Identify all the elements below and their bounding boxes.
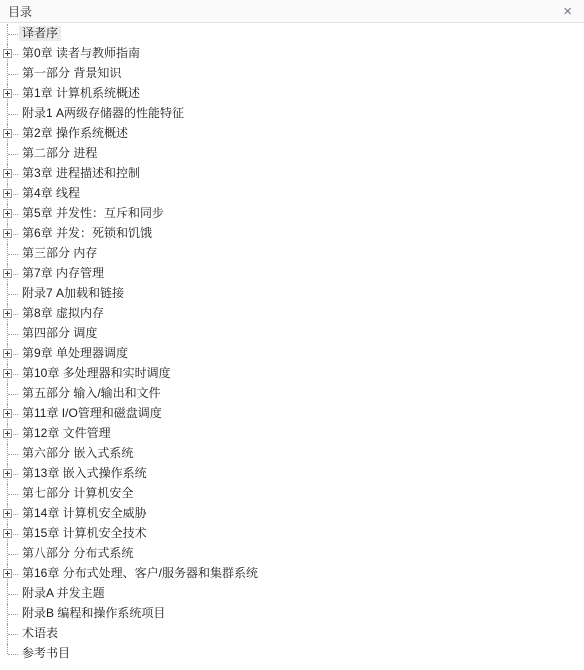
toc-item[interactable]: 第15章 计算机安全技术 xyxy=(0,524,584,544)
expand-plus-icon[interactable] xyxy=(3,169,12,178)
toc-item[interactable]: 术语表 xyxy=(0,624,584,644)
tree-connector-stub xyxy=(8,494,18,495)
toc-item-label: 第五部分 输入/输出和文件 xyxy=(19,386,164,401)
toc-item[interactable]: 第14章 计算机安全威胁 xyxy=(0,504,584,524)
toc-item[interactable]: 第三部分 内存 xyxy=(0,244,584,264)
toc-item[interactable]: 第六部分 嵌入式系统 xyxy=(0,444,584,464)
expand-plus-icon[interactable] xyxy=(3,349,12,358)
tree-connector-stub xyxy=(8,294,18,295)
toc-panel: 目录 × 译者序 第0章 读者与教师指南 第一部分 背景知识 第1章 计算机系统… xyxy=(0,0,584,670)
toc-item-label: 附录7 A加载和链接 xyxy=(19,286,127,301)
toc-tree: 译者序 第0章 读者与教师指南 第一部分 背景知识 第1章 计算机系统概述 附录… xyxy=(0,23,584,664)
tree-connector-stub xyxy=(8,114,18,115)
close-icon[interactable]: × xyxy=(563,4,572,19)
tree-connector-stub xyxy=(8,634,18,635)
toc-item-label: 第8章 虚拟内存 xyxy=(19,306,107,321)
toc-item-label: 第9章 单处理器调度 xyxy=(19,346,131,361)
toc-item[interactable]: 第10章 多处理器和实时调度 xyxy=(0,364,584,384)
toc-item[interactable]: 附录1 A两级存储器的性能特征 xyxy=(0,104,584,124)
toc-item[interactable]: 附录B 编程和操作系统项目 xyxy=(0,604,584,624)
toc-item-label: 译者序 xyxy=(19,26,61,41)
toc-item[interactable]: 译者序 xyxy=(0,24,584,44)
tree-connector-stub xyxy=(8,34,18,35)
expand-plus-icon[interactable] xyxy=(3,229,12,238)
expand-plus-icon[interactable] xyxy=(3,189,12,198)
expand-plus-icon[interactable] xyxy=(3,269,12,278)
toc-item-label: 第三部分 内存 xyxy=(19,246,100,261)
toc-item-label: 第一部分 背景知识 xyxy=(19,66,124,81)
toc-item[interactable]: 第5章 并发性：互斥和同步 xyxy=(0,204,584,224)
tree-connector-stub xyxy=(8,334,18,335)
toc-item-label: 第11章 I/O管理和磁盘调度 xyxy=(19,406,165,421)
toc-item-label: 第4章 线程 xyxy=(19,186,83,201)
expand-plus-icon[interactable] xyxy=(3,469,12,478)
toc-item-label: 第2章 操作系统概述 xyxy=(19,126,131,141)
toc-item[interactable]: 附录7 A加载和链接 xyxy=(0,284,584,304)
expand-plus-icon[interactable] xyxy=(3,369,12,378)
toc-item-label: 第12章 文件管理 xyxy=(19,426,114,441)
toc-item[interactable]: 附录A 并发主题 xyxy=(0,584,584,604)
toc-item-label: 第10章 多处理器和实时调度 xyxy=(19,366,174,381)
toc-item-label: 附录1 A两级存储器的性能特征 xyxy=(19,106,187,121)
toc-item-label: 第7章 内存管理 xyxy=(19,266,107,281)
tree-connector-stub xyxy=(8,454,18,455)
expand-plus-icon[interactable] xyxy=(3,569,12,578)
toc-item-label: 第二部分 进程 xyxy=(19,146,100,161)
toc-item[interactable]: 第13章 嵌入式操作系统 xyxy=(0,464,584,484)
toc-item-label: 第6章 并发：死锁和饥饿 xyxy=(19,226,155,241)
toc-item[interactable]: 第8章 虚拟内存 xyxy=(0,304,584,324)
toc-item-label: 第七部分 计算机安全 xyxy=(19,486,136,501)
toc-item[interactable]: 第16章 分布式处理、客户/服务器和集群系统 xyxy=(0,564,584,584)
expand-plus-icon[interactable] xyxy=(3,49,12,58)
toc-item-label: 第3章 进程描述和控制 xyxy=(19,166,143,181)
toc-item-label: 第0章 读者与教师指南 xyxy=(19,46,143,61)
toc-item-label: 附录A 并发主题 xyxy=(19,586,108,601)
toc-item[interactable]: 第0章 读者与教师指南 xyxy=(0,44,584,64)
toc-item[interactable]: 第11章 I/O管理和磁盘调度 xyxy=(0,404,584,424)
tree-connector-stub xyxy=(8,614,18,615)
toc-item[interactable]: 第四部分 调度 xyxy=(0,324,584,344)
expand-plus-icon[interactable] xyxy=(3,129,12,138)
expand-plus-icon[interactable] xyxy=(3,309,12,318)
toc-item[interactable]: 第6章 并发：死锁和饥饿 xyxy=(0,224,584,244)
toc-item-label: 第15章 计算机安全技术 xyxy=(19,526,150,541)
toc-item-label: 参考书目 xyxy=(19,646,73,661)
toc-header: 目录 × xyxy=(0,0,584,23)
toc-item-label: 第5章 并发性：互斥和同步 xyxy=(19,206,167,221)
toc-item[interactable]: 第一部分 背景知识 xyxy=(0,64,584,84)
expand-plus-icon[interactable] xyxy=(3,509,12,518)
toc-item[interactable]: 第12章 文件管理 xyxy=(0,424,584,444)
expand-plus-icon[interactable] xyxy=(3,529,12,538)
toc-item[interactable]: 第1章 计算机系统概述 xyxy=(0,84,584,104)
toc-item[interactable]: 第二部分 进程 xyxy=(0,144,584,164)
toc-item-label: 第八部分 分布式系统 xyxy=(19,546,136,561)
expand-plus-icon[interactable] xyxy=(3,429,12,438)
toc-item-label: 术语表 xyxy=(19,626,61,641)
panel-title: 目录 xyxy=(8,3,32,20)
toc-item[interactable]: 第五部分 输入/输出和文件 xyxy=(0,384,584,404)
toc-item[interactable]: 第4章 线程 xyxy=(0,184,584,204)
tree-connector-stub xyxy=(8,594,18,595)
expand-plus-icon[interactable] xyxy=(3,209,12,218)
tree-connector-stub xyxy=(8,254,18,255)
tree-connector-stub xyxy=(8,654,18,655)
toc-item[interactable]: 第3章 进程描述和控制 xyxy=(0,164,584,184)
tree-connector-stub xyxy=(8,74,18,75)
tree-connector-stub xyxy=(8,154,18,155)
toc-item-label: 第13章 嵌入式操作系统 xyxy=(19,466,150,481)
toc-item-label: 第六部分 嵌入式系统 xyxy=(19,446,136,461)
tree-connector-line xyxy=(7,644,8,654)
expand-plus-icon[interactable] xyxy=(3,89,12,98)
toc-item[interactable]: 参考书目 xyxy=(0,644,584,664)
toc-item-label: 第1章 计算机系统概述 xyxy=(19,86,143,101)
toc-item[interactable]: 第2章 操作系统概述 xyxy=(0,124,584,144)
toc-item-label: 第14章 计算机安全威胁 xyxy=(19,506,150,521)
toc-item-label: 附录B 编程和操作系统项目 xyxy=(19,606,168,621)
toc-item[interactable]: 第七部分 计算机安全 xyxy=(0,484,584,504)
toc-item-label: 第四部分 调度 xyxy=(19,326,100,341)
expand-plus-icon[interactable] xyxy=(3,409,12,418)
toc-item-label: 第16章 分布式处理、客户/服务器和集群系统 xyxy=(19,566,261,581)
toc-item[interactable]: 第八部分 分布式系统 xyxy=(0,544,584,564)
toc-item[interactable]: 第7章 内存管理 xyxy=(0,264,584,284)
tree-connector-stub xyxy=(8,394,18,395)
tree-connector-stub xyxy=(8,554,18,555)
toc-item[interactable]: 第9章 单处理器调度 xyxy=(0,344,584,364)
